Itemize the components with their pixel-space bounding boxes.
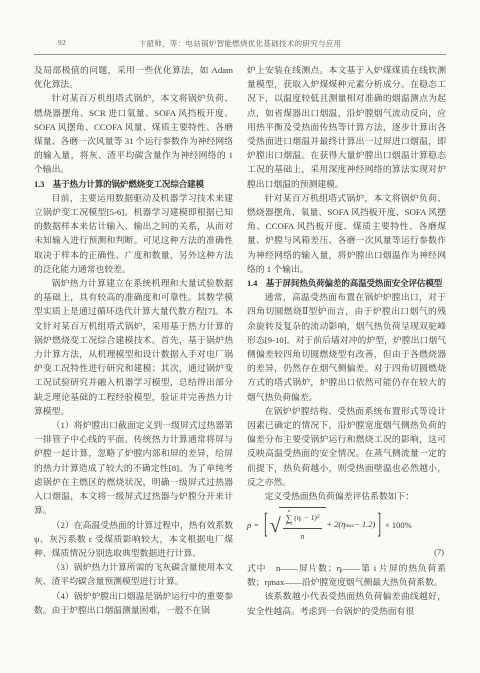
equation-7: p = [ √ n ∑ i=1 (ηᵢ − 1)² (247, 507, 446, 559)
paragraph: 针对某百万机组塔式锅炉，本文将锅炉负荷、燃烧器摆角、氧量、SOFA 风挡板开度、… (247, 191, 446, 276)
equation-tail: + 2(ηmax − 1.2) (326, 517, 375, 534)
header-rule (34, 54, 446, 55)
paragraph: （1）将炉膛出口截面定义到一级屏式过热器第一排管子中心线的平面。传统热力计算通常… (34, 418, 233, 517)
paragraph: 及局部极值的问题，采用一些优化算法，如 Adam 优化算法。 (34, 63, 233, 91)
equation-multiplier: × 100% (385, 518, 412, 532)
left-column: 及局部极值的问题，采用一些优化算法，如 Adam 优化算法。 针对某百万机组塔式… (34, 63, 233, 618)
paragraph: 该系数越小代表受热面热负荷偏差曲线越好，安全性越高。考虑到一台锅炉的受热面有很 (247, 589, 446, 617)
paragraph: 在锅炉炉膛结构、受热面系统布置形式等设计因素已确定的情况下，沿炉膛宽度烟气侧热负… (247, 404, 446, 489)
equation-notation: 式中 n——屏片数；ηᵢ——第 i 片屏的热负荷系数；ηmax——沿炉膛宽度烟气… (247, 561, 446, 589)
paragraph: 针对某百万机组塔式锅炉，本文将锅炉负荷、燃烧器摆角、SCR 进口氧量、SOFA … (34, 91, 233, 176)
running-title: 卞韶帅，等：电站锅炉智能燃烧优化基础技术的研究与应用 (34, 38, 446, 49)
section-heading-1-3: 1.3 基于热力计算的锅炉燃烧变工况综合建模 (34, 177, 233, 191)
square-root: √ n ∑ i=1 (ηᵢ − 1)² n (270, 507, 326, 543)
paper-page: 92 卞韶帅，等：电站锅炉智能燃烧优化基础技术的研究与应用 及局部极值的问题，采… (0, 0, 480, 673)
numerator-expression: (ηᵢ − 1)² (294, 511, 319, 525)
paragraph: 目前，主要运用数据驱动及机器学习技术来建立锅炉变工况模型[5-6]。机器学习建模… (34, 191, 233, 276)
paragraph: （3）锅炉热力计算所需的飞灰碳含量使用本文灰、渣平均碳含量预测模型进行计算。 (34, 560, 233, 588)
close-bracket: ] (377, 507, 381, 544)
equation-expression: p = [ √ n ∑ i=1 (ηᵢ − 1)² (247, 507, 446, 543)
fraction-numerator: n ∑ i=1 (ηᵢ − 1)² (283, 509, 322, 528)
paragraph: （2）在高温受热面的计算过程中，热有效系数 ψ、灰污系数 ε 受煤质影响较大，本… (34, 518, 233, 561)
equation-lhs: p = (247, 518, 259, 532)
fraction: n ∑ i=1 (ηᵢ − 1)² n (279, 507, 326, 543)
equation-number: (7) (247, 545, 446, 559)
page-header: 92 卞韶帅，等：电站锅炉智能燃烧优化基础技术的研究与应用 (34, 36, 446, 52)
open-bracket: [ (264, 507, 268, 544)
paragraph: 炉上安装在线测点。本文基于入炉煤煤质在线软测量模型，获取入炉煤煤种元素分析成分。… (247, 63, 446, 191)
paragraph: 通常，高温受热面布置在锅炉炉膛出口，对于四角切圆燃烧Ⅱ型炉而言，由于炉膛出口烟气… (247, 290, 446, 404)
fraction-denominator: n (301, 529, 305, 544)
right-column: 炉上安装在线测点。本文基于入炉煤煤质在线软测量模型，获取入炉煤煤种元素分析成分。… (247, 63, 446, 618)
summation-symbol: n ∑ i=1 (286, 509, 292, 526)
paragraph: （4）锅炉炉膛出口烟温是锅炉运行中的重要参数。由于炉膛出口烟温测量困难，一般不在… (34, 589, 233, 617)
paragraph: 定义受热面热负荷偏差评估系数如下： (247, 489, 446, 503)
section-heading-1-4: 1.4 基于屏间热负荷偏差的高温受热面安全评估模型 (247, 276, 446, 290)
paragraph: 锅炉热力计算建立在系统机理和大量试验数据的基础上，具有较高的准确度和可靠性。其数… (34, 276, 233, 418)
two-column-body: 及局部极值的问题，采用一些优化算法，如 Adam 优化算法。 针对某百万机组塔式… (34, 63, 446, 618)
